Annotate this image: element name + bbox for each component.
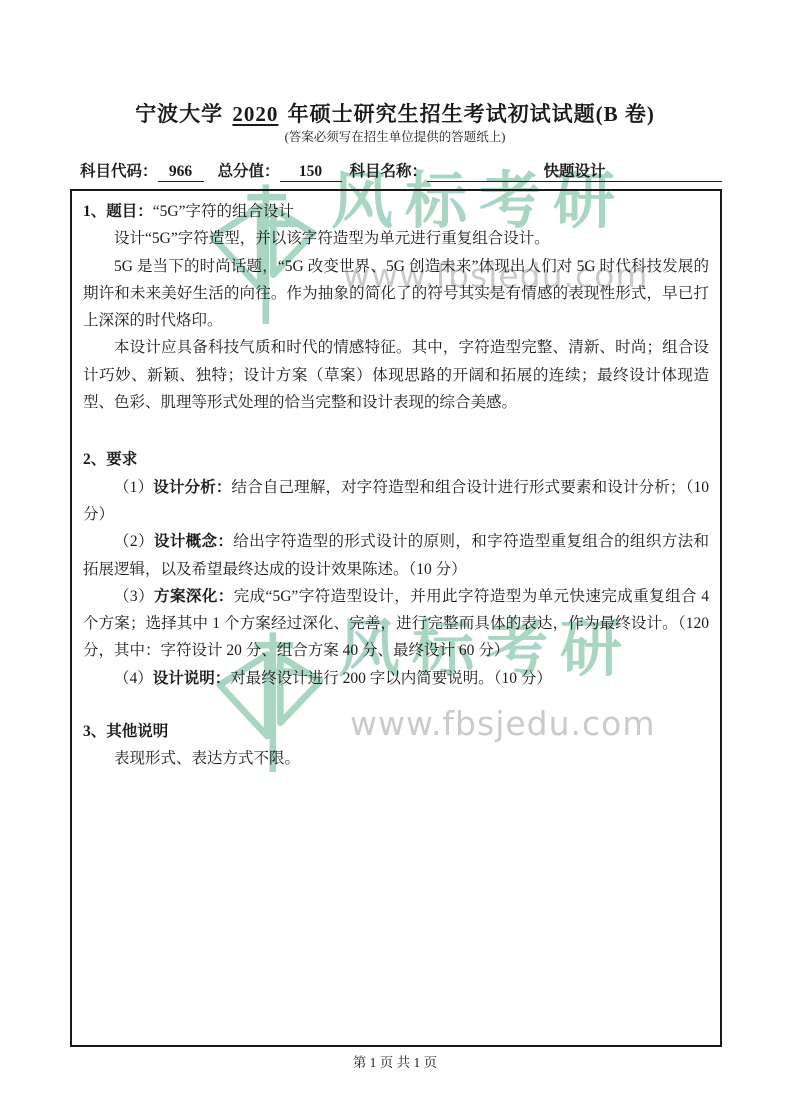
- paragraph-11: 表现形式、表达方式不限。: [83, 745, 709, 772]
- paragraph-1: 1、题目：“5G”字符的组合设计: [83, 198, 709, 225]
- subject-code-value: 966: [158, 163, 204, 182]
- subject-name-value: 快题设计: [427, 159, 722, 182]
- paragraph-9: （4）设计说明：对最终设计进行 200 字以内简要说明。（10 分）: [83, 665, 709, 692]
- text-run: 表现形式、表达方式不限。: [114, 750, 300, 767]
- paragraph-10: 3、其他说明: [83, 718, 709, 745]
- document-body: 1、题目：“5G”字符的组合设计设计“5G”字符造型，并以该字符造型为单元进行重…: [70, 189, 722, 1047]
- text-run: 5G 是当下的时尚话题，“5G 改变世界、5G 创造未来”体现出人们对 5G 时…: [83, 258, 709, 330]
- text-run: 设计“5G”字符造型，并以该字符造型为单元进行重复组合设计。: [114, 230, 550, 247]
- bold-run: 1、题目：: [83, 203, 153, 220]
- text-run: （4）: [114, 670, 153, 687]
- text-run: 本设计应具备科技气质和时代的情感特征。其中，字符造型完整、清新、时尚；组合设计巧…: [83, 339, 709, 411]
- paragraph-4: 本设计应具备科技气质和时代的情感特征。其中，字符造型完整、清新、时尚；组合设计巧…: [83, 334, 709, 416]
- title-year-underlined: 2020: [229, 102, 281, 126]
- subject-name-label: 科目名称：: [350, 159, 428, 181]
- bold-run: 3、其他说明: [83, 723, 168, 740]
- bold-run: 方案深化：: [154, 588, 234, 605]
- answer-sheet-notice: (答案必须写在招生单位提供的答题纸上): [0, 127, 790, 145]
- total-score-value: 150: [280, 163, 342, 182]
- bold-run: 2、要求: [83, 451, 137, 468]
- paragraph-8: （3）方案深化：完成“5G”字符造型设计，并用此字符造型为单元快速完成重复组合 …: [83, 583, 709, 665]
- subject-info-row: 科目代码： 966 总分值： 150 科目名称： 快题设计: [80, 159, 722, 182]
- title-prefix: 宁波大学: [135, 102, 229, 126]
- page-title: 宁波大学 2020 年硕士研究生招生考试初试试题(B 卷): [0, 98, 790, 128]
- text-run: （3）: [114, 588, 154, 605]
- subject-code-label: 科目代码：: [80, 159, 158, 181]
- total-score-label: 总分值：: [218, 159, 280, 181]
- page-number-footer: 第 1 页 共 1 页: [0, 1051, 790, 1071]
- paragraph-7: （2）设计概念：给出字符造型的形式设计的原则，和字符造型重复组合的组织方法和拓展…: [83, 528, 709, 583]
- exam-paper-page: 风标考研 www.fbsjedu.com 风标考研 www.fbsjedu.co…: [0, 0, 790, 1119]
- bold-run: 设计分析：: [153, 479, 231, 496]
- title-suffix: 年硕士研究生招生考试初试试题(B 卷): [281, 102, 655, 126]
- bold-run: 设计说明：: [153, 670, 231, 687]
- paragraph-2: 设计“5G”字符造型，并以该字符造型为单元进行重复组合设计。: [83, 225, 709, 252]
- text-run: （1）: [114, 479, 153, 496]
- text-run: （2）: [114, 533, 154, 550]
- text-run: 对最终设计进行 200 字以内简要说明。（10 分）: [230, 670, 552, 687]
- text-run: “5G”字符的组合设计: [153, 203, 294, 220]
- bold-run: 设计概念：: [154, 533, 233, 550]
- paragraph-5: 2、要求: [83, 446, 709, 473]
- paragraph-6: （1）设计分析：结合自己理解，对字符造型和组合设计进行形式要素和设计分析；（10…: [83, 474, 709, 529]
- paragraph-3: 5G 是当下的时尚话题，“5G 改变世界、5G 创造未来”体现出人们对 5G 时…: [83, 253, 709, 335]
